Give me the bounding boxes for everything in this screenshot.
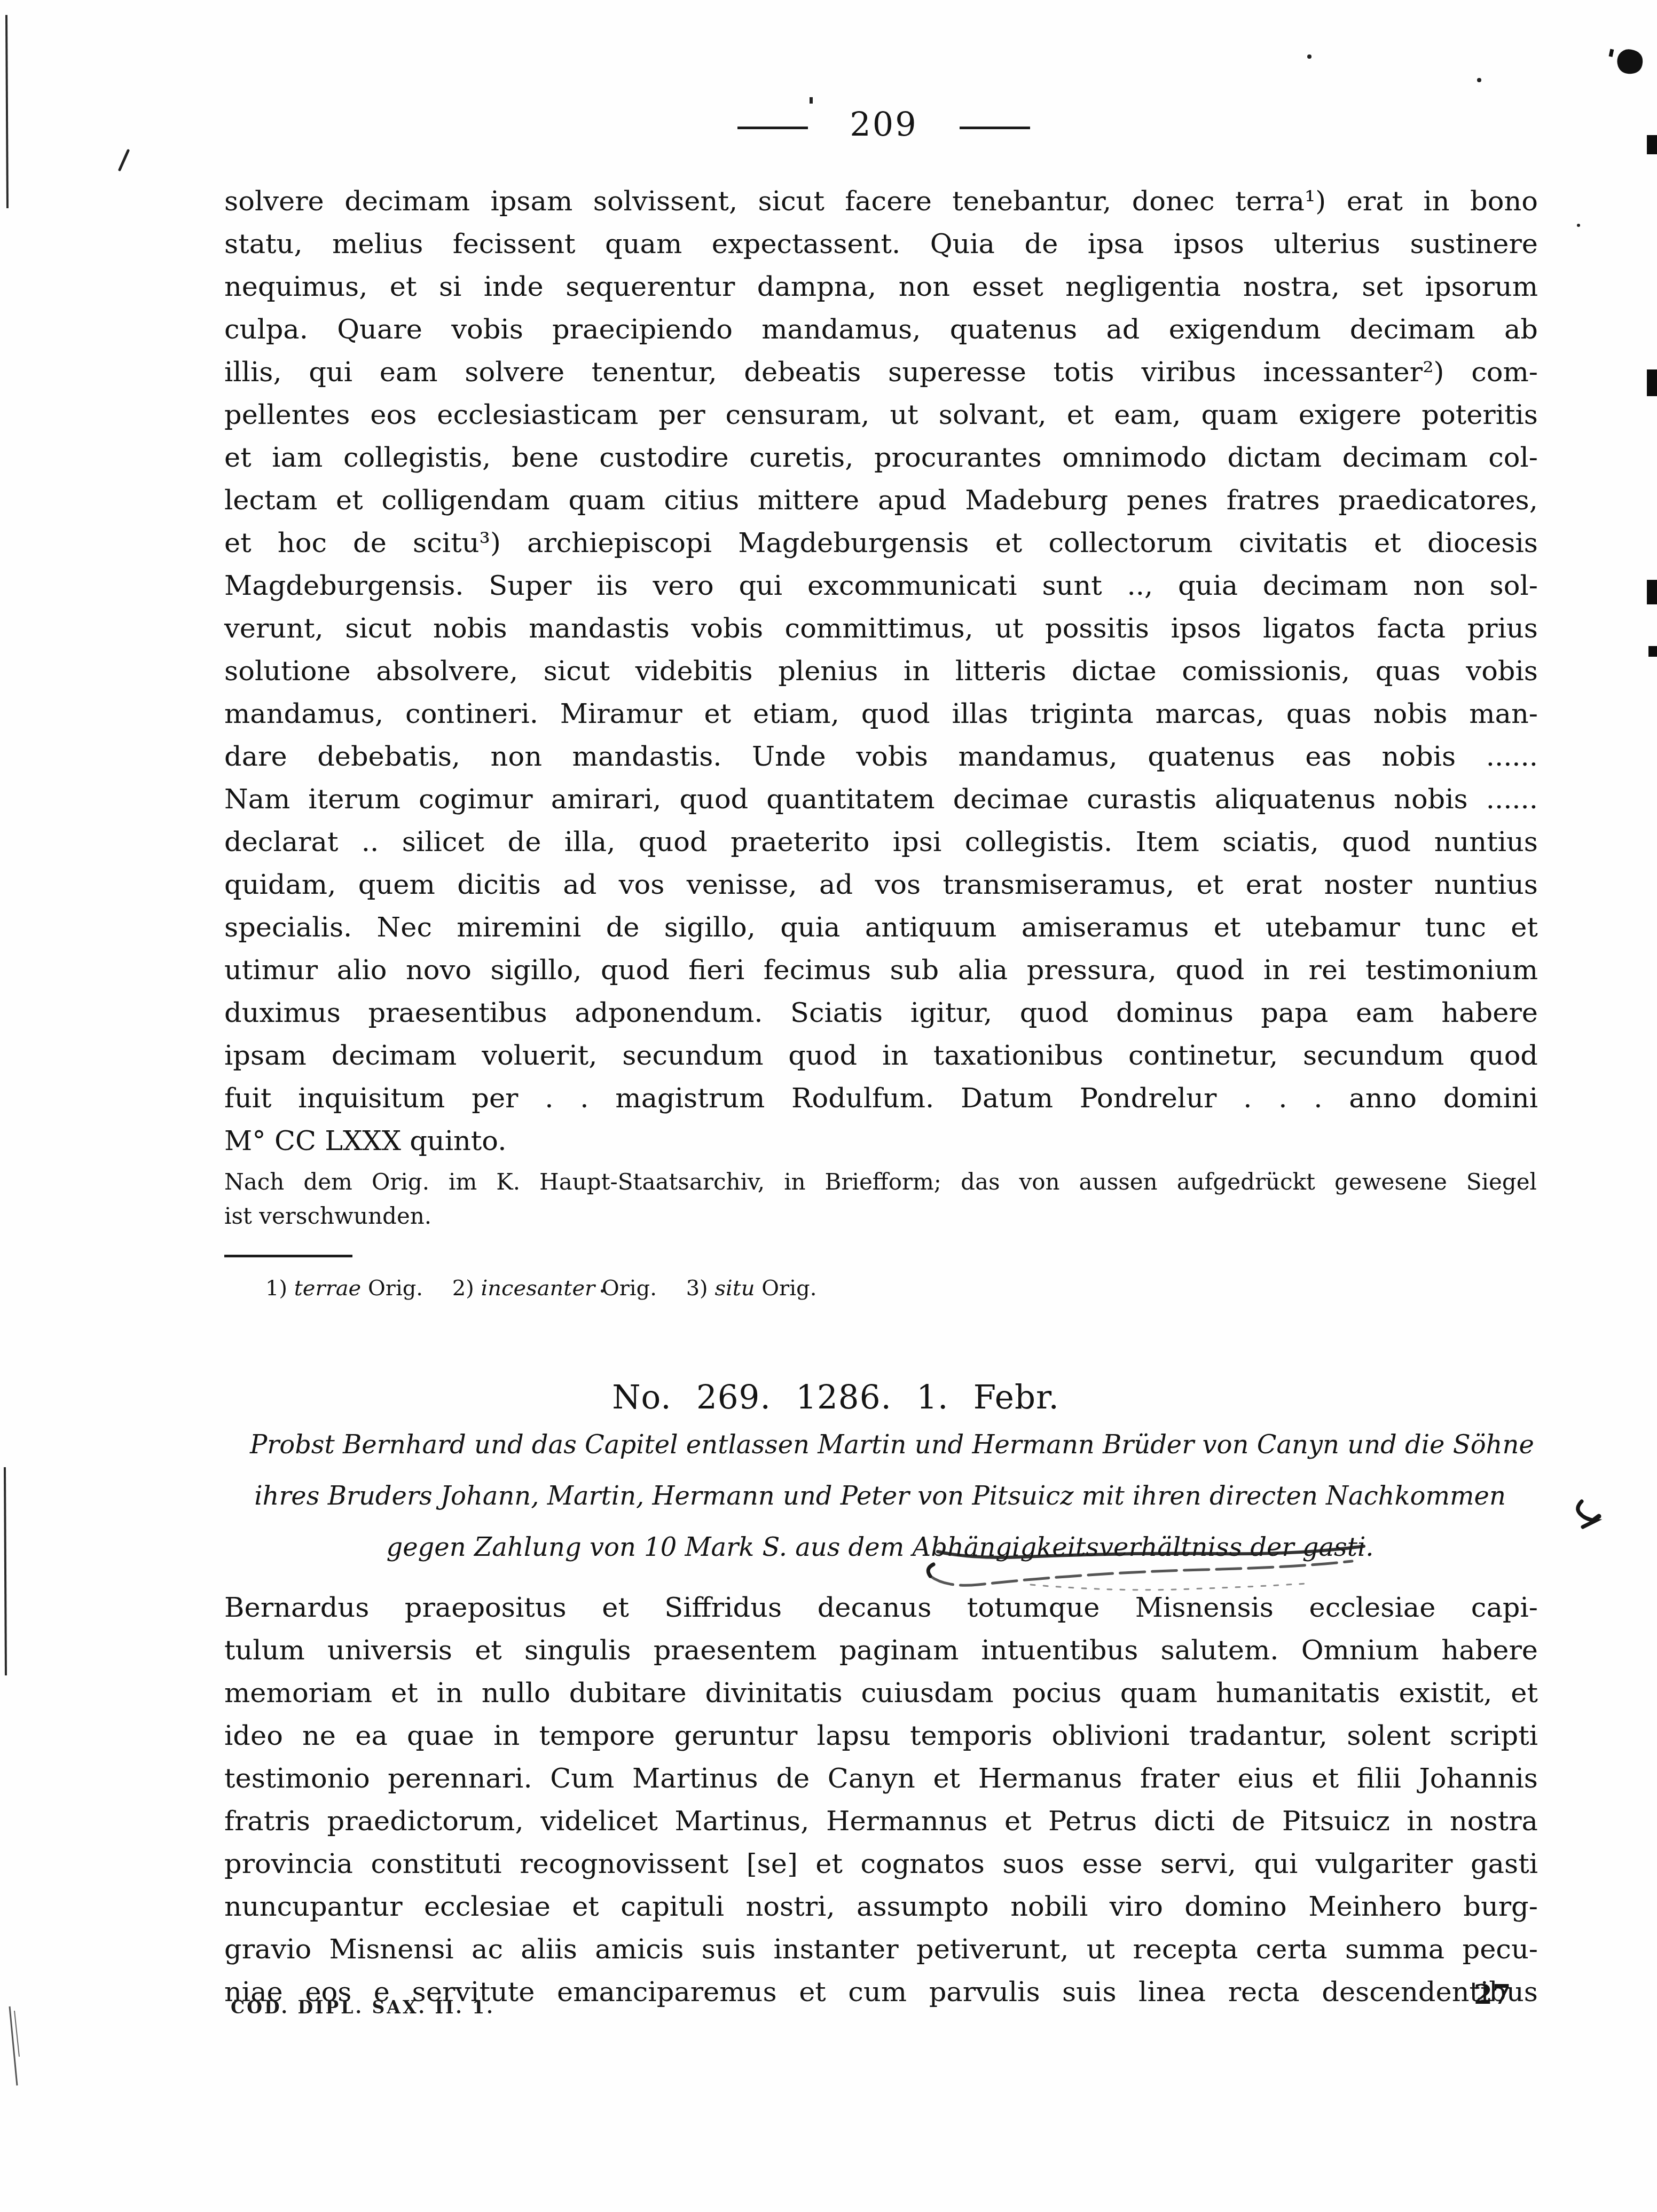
volume-signature: COD. DIPL. SAX. II. 1. (231, 1997, 495, 2018)
text-line: quidam, quem dicitis ad vos venisse, ad … (224, 864, 1538, 907)
text-line: Magdeburgensis. Super iis vero qui excom… (224, 565, 1538, 608)
footnote-label: 1) (265, 1276, 287, 1301)
text-line: lectam et colligendam quam citius mitter… (224, 479, 1538, 522)
doc-269-body-text: Bernardus praepositus et Siffridus decan… (224, 1587, 1538, 2014)
text-line: solutione absolvere, sicut videbitis ple… (224, 650, 1538, 693)
ink-blob-artifact (1609, 49, 1643, 74)
text-line: Bernardus praepositus et Siffridus decan… (224, 1587, 1538, 1630)
summary-line: ihres Bruders Johann, Martin, Hermann un… (250, 1470, 1510, 1522)
text-line: pellentes eos ecclesiasticam per censura… (224, 394, 1538, 437)
text-line: solvere decimam ipsam solvissent, sicut … (224, 180, 1538, 223)
footnote-label: 2) (452, 1276, 474, 1301)
text-line: testimonio perennari. Cum Martinus de Ca… (224, 1758, 1538, 1800)
summary-line: Probst Bernhard und das Capitel entlasse… (250, 1419, 1510, 1470)
text-line: declarat .. silicet de illa, quod praete… (224, 821, 1538, 864)
text-line: provincia constituti recognovissent [se]… (224, 1843, 1538, 1886)
text-line: M° CC LXXX quinto. (224, 1120, 1538, 1163)
text-line: verunt, sicut nobis mandastis vobis comm… (224, 608, 1538, 650)
text-line: memoriam et in nullo dubitare divinitati… (224, 1672, 1538, 1715)
footnotes: 1) terrae Orig. 2) incesanter Orig. 3) s… (265, 1273, 1494, 1303)
page-number: 209 (850, 105, 917, 144)
text-line: gravio Misnensi ac aliis amicis suis ins… (224, 1928, 1538, 1971)
footnote-item: 2) incesanter Orig. (452, 1276, 657, 1301)
scanned-book-page: 209 solvere decimam ipsam solvissent, si… (0, 0, 1657, 2212)
stray-slash-artifact (120, 151, 128, 170)
footnote-source: Orig. (368, 1276, 423, 1301)
footnote-source: Orig. (602, 1276, 657, 1301)
doc-268-body-text: solvere decimam ipsam solvissent, sicut … (224, 180, 1538, 1163)
text-line: specialis. Nec miremini de sigillo, quia… (224, 907, 1538, 949)
text-line: statu, melius fecissent quam expectassen… (224, 223, 1538, 266)
footnote-label: 3) (686, 1276, 708, 1301)
footnote-rule (224, 1255, 352, 1257)
pencil-check-artifact (1578, 1501, 1599, 1527)
doc-269-heading: No. 269. 1286. 1. Febr. (224, 1379, 1447, 1416)
text-line: nuncupantur ecclesiae et capituli nostri… (224, 1886, 1538, 1928)
footnote-item: 3) situ Orig. (686, 1276, 817, 1301)
text-line: et hoc de scitu³) archiepiscopi Magdebur… (224, 522, 1538, 565)
sheet-number: 27 (1474, 1979, 1511, 2010)
source-note: Nach dem Orig. im K. Haupt-Staatsarchiv,… (224, 1165, 1537, 1233)
text-line: ipsam decimam voluerit, secundum quod in… (224, 1035, 1538, 1077)
source-note-line: Nach dem Orig. im K. Haupt-Staatsarchiv,… (224, 1165, 1537, 1199)
text-line: fratris praedictorum, videlicet Martinus… (224, 1800, 1538, 1843)
text-line: utimur alio novo sigillo, quod fieri fec… (224, 949, 1538, 992)
running-head: 209 (670, 105, 1097, 144)
edge-bar-artifacts (1647, 135, 1657, 657)
text-line: nequimus, et si inde sequerentur dampna,… (224, 266, 1538, 309)
footnote-original-reading: situ (714, 1276, 755, 1301)
text-line: et iam collegistis, bene custodire curet… (224, 437, 1538, 479)
footnote-original-reading: incesanter (481, 1276, 595, 1301)
text-line: fuit inquisitum per . . magistrum Rodulf… (224, 1077, 1538, 1120)
edge-hairline-artifacts (5, 15, 19, 2085)
source-note-line: ist verschwunden. (224, 1199, 1537, 1233)
doc-269-summary: Probst Bernhard und das Capitel entlasse… (250, 1419, 1510, 1573)
text-line: mandamus, contineri. Miramur et etiam, q… (224, 693, 1538, 736)
header-rule-left (737, 127, 808, 129)
text-line: ideo ne ea quae in tempore geruntur laps… (224, 1715, 1538, 1758)
footnote-original-reading: terrae (294, 1276, 362, 1301)
text-line: Nam iterum cogimur amirari, quod quantit… (224, 778, 1538, 821)
text-line: dare debebatis, non mandastis. Unde vobi… (224, 736, 1538, 778)
text-line: culpa. Quare vobis praecipiendo mandamus… (224, 309, 1538, 351)
footnote-source: Orig. (761, 1276, 816, 1301)
text-line: duximus praesentibus adponendum. Sciatis… (224, 992, 1538, 1035)
text-line: tulum universis et singulis praesentem p… (224, 1630, 1538, 1672)
text-line: illis, qui eam solvere tenentur, debeati… (224, 351, 1538, 394)
summary-line: gegen Zahlung von 10 Mark S. aus dem Abh… (250, 1522, 1510, 1573)
header-rule-right (960, 127, 1030, 129)
footnote-item: 1) terrae Orig. (265, 1276, 423, 1301)
